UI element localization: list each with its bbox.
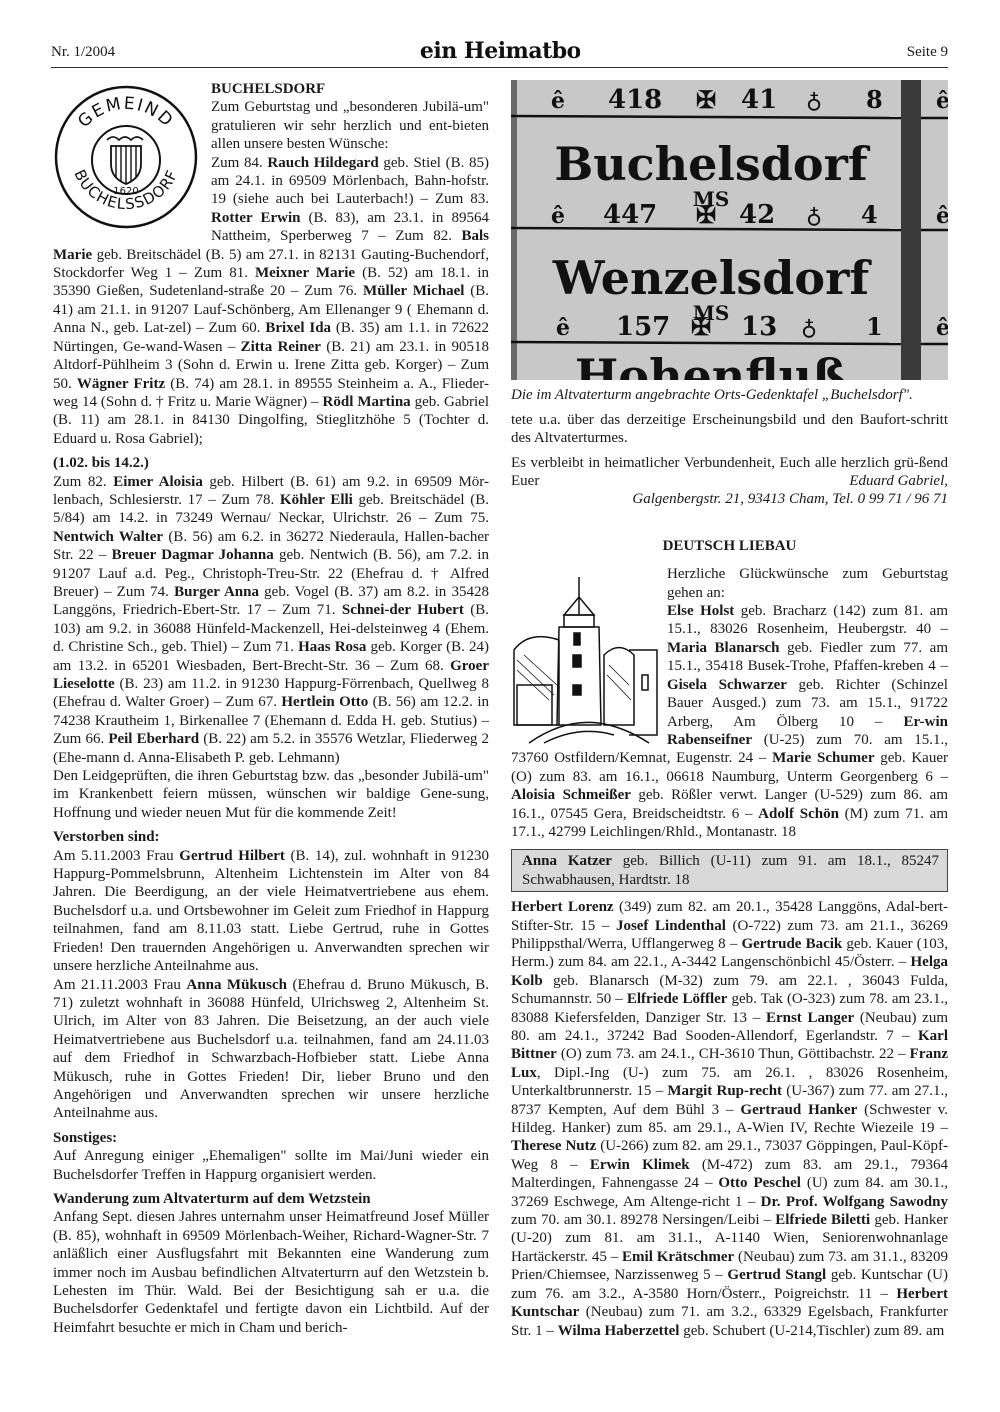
obituary-entry: Am 5.11.2003 Frau Gertrud Hilbert (B. 14… bbox=[53, 847, 489, 976]
list-item: Peil Eberhard (B. 22) am 5.2. in 35576 W… bbox=[53, 731, 489, 765]
svg-text:41: 41 bbox=[741, 85, 777, 115]
hike-text-continued: tete u.a. über das derzeitige Erscheinun… bbox=[511, 411, 948, 448]
svg-text:447: 447 bbox=[603, 200, 657, 230]
page-number: Seite 9 bbox=[907, 44, 948, 61]
deceased-heading: Verstorben sind: bbox=[53, 828, 489, 846]
newsletter-page: Nr. 1/2004 Mein Heimatbote Seite 9 GEMEI… bbox=[0, 0, 1000, 1412]
masthead-logo: Mein Heimatbote bbox=[420, 32, 580, 66]
svg-text:Mein Heimatbote: Mein Heimatbote bbox=[420, 38, 580, 64]
svg-text:ê: ê bbox=[551, 203, 565, 229]
svg-text:1620: 1620 bbox=[113, 186, 138, 197]
svg-text:157: 157 bbox=[616, 312, 670, 342]
header-divider bbox=[51, 67, 948, 68]
issue-number: Nr. 1/2004 bbox=[51, 44, 115, 61]
svg-text:✠: ✠ bbox=[696, 200, 716, 229]
memorial-plaque-photo: ê 418 ✠ 41 ♁ 8 ê Buchelsdorf MS ê 447 ✠ … bbox=[511, 80, 948, 380]
svg-text:✠: ✠ bbox=[691, 312, 711, 341]
hike-text: Anfang Sept. diesen Jahres unternahm uns… bbox=[53, 1208, 489, 1337]
list-item: Maria Blanarsch geb. Fiedler zum 77. am … bbox=[667, 640, 948, 674]
svg-text:✠: ✠ bbox=[696, 85, 716, 114]
section-title-deutsch-liebau: DEUTSCH LIEBAU bbox=[511, 537, 948, 555]
signature-address: Galgenbergstr. 21, 93413 Cham, Tel. 0 99… bbox=[511, 490, 948, 508]
svg-text:ê: ê bbox=[936, 315, 948, 341]
misc-text: Auf Anregung einiger „Ehemaligen" sollte… bbox=[53, 1147, 489, 1184]
left-column: GEMEIND BUCHELSSDORF 1620 BUCHELSDORF Zu… bbox=[53, 80, 489, 1337]
svg-text:♁: ♁ bbox=[801, 315, 817, 341]
svg-text:Wenzelsdorf: Wenzelsdorf bbox=[552, 251, 872, 305]
svg-text:4: 4 bbox=[861, 200, 878, 229]
list-item: Else Holst geb. Bracharz (142) zum 81. a… bbox=[667, 603, 948, 637]
svg-text:13: 13 bbox=[741, 312, 777, 342]
svg-text:42: 42 bbox=[739, 200, 775, 230]
photo-caption: Die im Altvaterturm angebrachte Orts-Ged… bbox=[511, 386, 948, 404]
church-sketch-icon bbox=[509, 575, 659, 745]
highlighted-entry-box: Anna Katzer geb. Billich (U-11) zum 91. … bbox=[511, 849, 948, 892]
get-well-wishes: Den Leidgeprüften, die ihren Geburtstag … bbox=[53, 767, 489, 822]
svg-text:ê: ê bbox=[936, 88, 948, 114]
right-column: ê 418 ✠ 41 ♁ 8 ê Buchelsdorf MS ê 447 ✠ … bbox=[511, 80, 948, 1340]
misc-heading: Sonstiges: bbox=[53, 1129, 489, 1147]
list-item: Wilma Haberzettel geb. Schubert (U-214,T… bbox=[558, 1323, 945, 1339]
svg-text:418: 418 bbox=[608, 85, 662, 115]
svg-text:♁: ♁ bbox=[806, 88, 822, 114]
svg-text:1: 1 bbox=[866, 312, 883, 341]
svg-text:ê: ê bbox=[936, 203, 948, 229]
svg-text:Hohenfluß: Hohenfluß bbox=[575, 349, 847, 380]
svg-text:ê: ê bbox=[551, 88, 565, 114]
signature-name: Eduard Gabriel, bbox=[849, 472, 948, 490]
obituary-entry: Am 21.11.2003 Frau Anna Mükusch (Ehefrau… bbox=[53, 976, 489, 1123]
february-birthday-list: Zum 82. Eimer Aloisia geb. Hilbert (B. 6… bbox=[53, 473, 489, 768]
svg-text:8: 8 bbox=[866, 85, 883, 114]
svg-text:♁: ♁ bbox=[806, 203, 822, 229]
municipal-seal-icon: GEMEIND BUCHELSSDORF 1620 bbox=[51, 82, 201, 232]
deutsch-liebau-list-b: Herbert Lorenz (349) zum 82. am 20.1., 3… bbox=[511, 898, 948, 1340]
hike-heading: Wanderung zum Altvaterturm auf dem Wetzs… bbox=[53, 1190, 489, 1208]
closing-greeting: Es verbleibt in heimatlicher Verbundenhe… bbox=[511, 454, 948, 491]
svg-text:ê: ê bbox=[556, 315, 570, 341]
february-heading: (1.02. bis 14.2.) bbox=[53, 454, 489, 472]
svg-text:Buchelsdorf: Buchelsdorf bbox=[554, 137, 870, 191]
